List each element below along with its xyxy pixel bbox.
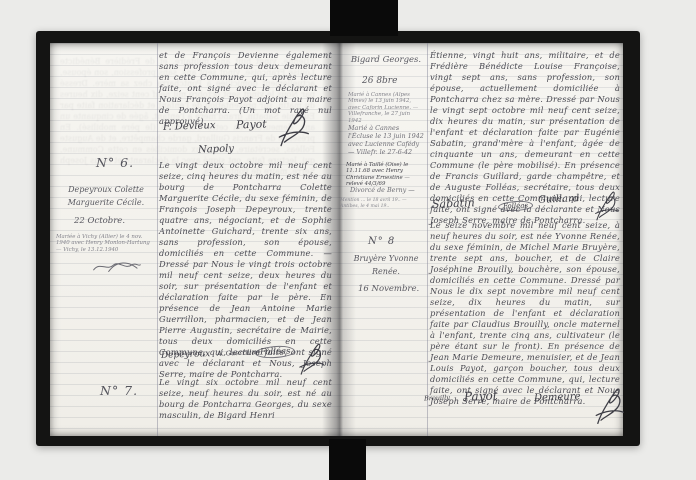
right-page-margin-rule bbox=[427, 43, 428, 436]
signature-demeure: Demeure bbox=[534, 391, 581, 404]
signature-depeyroux: Depeyroux bbox=[161, 349, 211, 361]
signature-napoly: Napoly bbox=[198, 143, 234, 155]
act-7-start-text: Le vingt six octobre mil neuf cent seize… bbox=[159, 377, 332, 421]
margin-record-number-7: N° 7. bbox=[100, 383, 138, 398]
margin-record-number-6: N° 6. bbox=[96, 155, 134, 170]
signature-guerrillon: A. Guerrillon bbox=[217, 348, 260, 357]
signature-paraph-icon bbox=[276, 103, 310, 149]
margin-date-26-octobre: 26 8bre bbox=[362, 76, 397, 86]
signature-devieux: F. Devieux bbox=[163, 120, 216, 133]
signature-guillard: Guillard bbox=[538, 193, 580, 205]
margin-date-16-novembre: 16 Novembre. bbox=[358, 284, 419, 294]
margin-divorce-note: Divorcé de Berny — bbox=[350, 186, 426, 194]
bottom-clamp-tab bbox=[329, 439, 366, 480]
signature-payot-2: Payot bbox=[464, 388, 498, 403]
top-clamp-tab bbox=[330, 0, 398, 36]
signature-brouilly: Brouilly bbox=[424, 394, 450, 403]
margin-name-bigard: Bigard Georges. bbox=[348, 55, 424, 66]
signature-paraph-icon bbox=[593, 186, 619, 224]
margin-marriage-note-2: Marié à Cannes l'Écluse le 13 juin 1942 … bbox=[348, 124, 424, 156]
scanned-register-photo: Étienne, vingt huit ans, militaire, et d… bbox=[0, 0, 696, 480]
signature-paraph-icon bbox=[297, 338, 325, 378]
margin-name-depeyroux-line2: Marguerite Cécile. bbox=[56, 197, 156, 208]
signature-sabatin: Sabatin bbox=[432, 196, 475, 210]
margin-name-bruyere-line1: Bruyère Yvonne bbox=[348, 253, 424, 264]
margin-name-bruyere-line2: Renée. bbox=[348, 266, 424, 277]
signature-paraph-icon bbox=[593, 382, 625, 428]
margin-date-22-octobre: 22 Octobre. bbox=[74, 216, 125, 226]
margin-signature-scribble-icon bbox=[92, 258, 142, 275]
margin-marriage-note-3: Marié à Taillé (Oise) le 11.11.68 avec H… bbox=[346, 162, 426, 188]
act-8-text: Le seize novembre mil neuf cent seize, à… bbox=[430, 220, 620, 407]
margin-name-depeyroux-line1: Depeyroux Colette bbox=[56, 184, 156, 195]
margin-mention-note: Mention … le 18 avril 19.. — Antibes, le… bbox=[340, 198, 426, 209]
margin-marriage-note-depeyroux: Mariée à Vichy (Allier) le 4 nov. 1940 a… bbox=[56, 234, 154, 253]
signature-payot: Payot bbox=[236, 117, 267, 131]
margin-marriage-note-1: Marié à Cannes (Alpes Mmes) le 13 juin 1… bbox=[348, 92, 424, 124]
margin-record-number-8: N° 8 bbox=[368, 236, 395, 247]
